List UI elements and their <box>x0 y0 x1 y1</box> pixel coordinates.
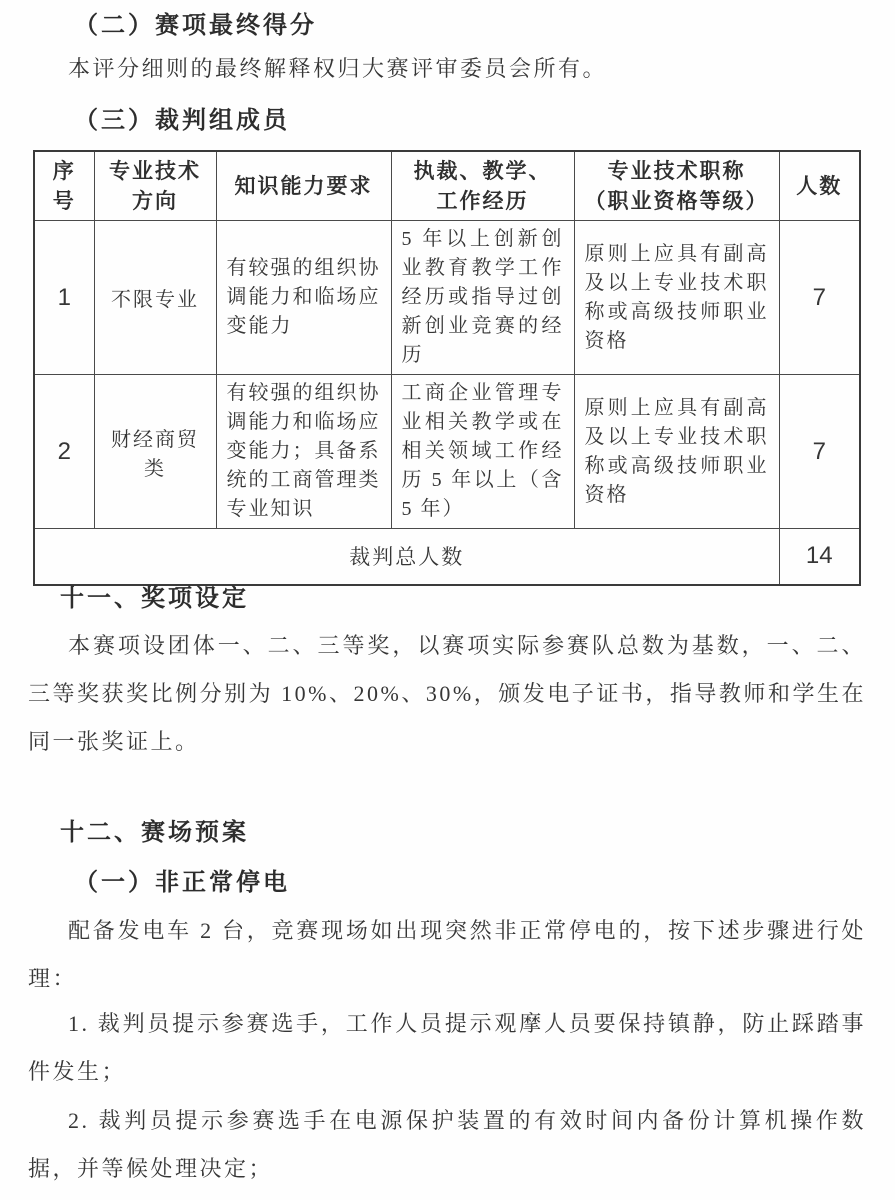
header-knowledge-requirement: 知识能力要求 <box>216 151 391 221</box>
total-label: 裁判总人数 <box>34 529 779 585</box>
header-experience: 执裁、教学、 工作经历 <box>391 151 574 221</box>
judges-table: 序 号 专业技术 方向 知识能力要求 执裁、教学、 工作经历 专业技术职称 （职… <box>33 150 861 586</box>
total-count: 14 <box>779 529 860 585</box>
header-serial-number: 序 号 <box>34 151 94 221</box>
row2-count: 7 <box>779 375 860 529</box>
interpretation-paragraph: 本评分细则的最终解释权归大赛评审委员会所有。 <box>28 45 607 93</box>
header-professional-title: 专业技术职称 （职业资格等级） <box>574 151 779 221</box>
step-2-paragraph: 2. 裁判员提示参赛选手在电源保护装置的有效时间内备份计算机操作数据，并等候处理… <box>28 1097 866 1193</box>
row2-experience: 工商企业管理专业相关教学或在相关领域工作经历 5 年以上（含 5 年） <box>391 375 574 529</box>
judges-table-total-row: 裁判总人数 14 <box>34 529 860 585</box>
section-12-1-heading: （一）非正常停电 <box>74 866 290 900</box>
judges-table-row-1: 1 不限专业 有较强的组织协调能力和临场应变能力 5 年以上创新创业教育教学工作… <box>34 221 860 375</box>
row1-major: 不限专业 <box>94 221 216 375</box>
power-outage-paragraph: 配备发电车 2 台，竞赛现场如出现突然非正常停电的，按下述步骤进行处理： <box>28 907 866 1003</box>
row1-title: 原则上应具有副高及以上专业技术职称或高级技师职业资格 <box>574 221 779 375</box>
header-headcount: 人数 <box>779 151 860 221</box>
row1-count: 7 <box>779 221 860 375</box>
row2-serial: 2 <box>34 375 94 529</box>
step-1-paragraph: 1. 裁判员提示参赛选手，工作人员提示观摩人员要保持镇静，防止踩踏事件发生； <box>28 1000 866 1096</box>
row1-serial: 1 <box>34 221 94 375</box>
row2-major: 财经商贸类 <box>94 375 216 529</box>
section-12-heading: 十二、赛场预案 <box>60 816 249 850</box>
section-c-heading: （三）裁判组成员 <box>74 104 290 138</box>
document-page: （二）赛项最终得分 本评分细则的最终解释权归大赛评审委员会所有。 （三）裁判组成… <box>0 0 895 1200</box>
row2-ability: 有较强的组织协调能力和临场应变能力；具备系统的工商管理类专业知识 <box>216 375 391 529</box>
judges-table-header-row: 序 号 专业技术 方向 知识能力要求 执裁、教学、 工作经历 专业技术职称 （职… <box>34 151 860 221</box>
header-major-direction: 专业技术 方向 <box>94 151 216 221</box>
judges-table-row-2: 2 财经商贸类 有较强的组织协调能力和临场应变能力；具备系统的工商管理类专业知识… <box>34 375 860 529</box>
section-b-heading: （二）赛项最终得分 <box>74 9 317 43</box>
row1-ability: 有较强的组织协调能力和临场应变能力 <box>216 221 391 375</box>
section-11-heading: 十一、奖项设定 <box>60 582 249 616</box>
award-paragraph: 本赛项设团体一、二、三等奖，以赛项实际参赛队总数为基数，一、二、三等奖获奖比例分… <box>28 622 866 766</box>
row2-title: 原则上应具有副高及以上专业技术职称或高级技师职业资格 <box>574 375 779 529</box>
row1-experience: 5 年以上创新创业教育教学工作经历或指导过创新创业竞赛的经历 <box>391 221 574 375</box>
